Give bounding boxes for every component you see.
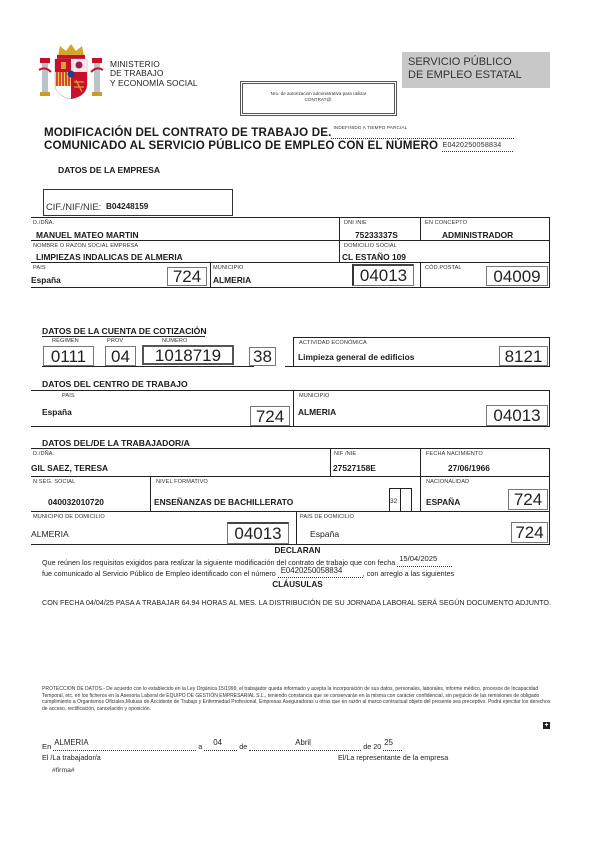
- home-municipality-value: ALMERIA: [31, 529, 69, 539]
- centro-country-code-box: 724: [250, 406, 290, 426]
- education-value: ENSEÑANZAS DE BACHILLERATO: [154, 497, 293, 507]
- numero-box: 1018719: [142, 345, 234, 365]
- education-label: NIVEL FORMATIVO: [156, 479, 208, 485]
- declaran-line-1: Que reúnen los requisitos exigidos para …: [42, 558, 452, 567]
- centro-municipality-code-box: 04013: [486, 405, 548, 426]
- prov-box: 04: [105, 346, 136, 366]
- cif-value: B04248159: [106, 202, 148, 211]
- company-signature-label: El/La representante de la empresa: [338, 753, 448, 762]
- nationality-label: NACIONALIDAD: [426, 479, 469, 485]
- regimen-label: RÉGIMEN: [52, 338, 79, 344]
- education-code-box-2: [401, 488, 412, 511]
- worker-name-label: D./DÑA.: [33, 451, 54, 457]
- declaran-text-3: , con arreglo a las siguientes: [363, 569, 455, 578]
- nationality-code-box: 724: [508, 489, 548, 510]
- worker-nif-label: NIF /NIE: [334, 451, 356, 457]
- birth-date-value: 27/06/1966: [448, 463, 490, 473]
- de-label: de: [239, 742, 247, 751]
- home-municipality-code-box: 04013: [227, 522, 289, 544]
- day-value: 04: [213, 738, 222, 747]
- worker-name-value: GIL SAEZ, TERESA: [31, 463, 108, 473]
- country-value: España: [31, 275, 61, 285]
- contract-type-value: INDEFINIDO A TIEMPO PARCIAL: [333, 125, 407, 130]
- authorization-box: Nro. de autorizacion administrativa para…: [240, 81, 397, 116]
- authorization-line-2: CONTRAT@:: [243, 97, 394, 103]
- declaran-date-field: 15/04/2025: [397, 559, 452, 567]
- home-country-label: PAIS DE DOMICILIO: [300, 514, 354, 520]
- section-cotizacion-title: DATOS DE LA CUENTA DE COTIZACIÓN: [42, 326, 207, 336]
- address-label: DOMICILIO SOCIAL: [344, 243, 397, 249]
- place-value: ALMERIA: [54, 738, 88, 747]
- home-municipality-code-value: 04013: [234, 525, 281, 542]
- year-prefix: de 20: [363, 742, 381, 751]
- section-empresa-title: DATOS DE LA EMPRESA: [58, 165, 160, 175]
- country-code-value: 724: [173, 268, 201, 285]
- postal-label: CÓD.POSTAL: [425, 265, 462, 271]
- municipality-value: ALMERIA: [213, 275, 251, 285]
- declaran-number-value: E0420250058834: [281, 566, 343, 575]
- centro-country-label: PAIS: [62, 393, 75, 399]
- company-name-label: NOMBRE O RAZON SOCIAL EMPRESA: [33, 243, 138, 249]
- section-centro-title: DATOS DEL CENTRO DE TRABAJO: [42, 379, 188, 389]
- dc-box: 38: [249, 347, 276, 366]
- numero-label: NUMERO: [162, 338, 187, 344]
- education-code-box: 32: [389, 488, 401, 511]
- declaran-text-2: fue comunicado al Servicio Público de Em…: [42, 569, 276, 578]
- municipality-code-value: 04013: [360, 267, 407, 284]
- activity-label: ACTIVIDAD ECONÓMICA: [299, 340, 367, 346]
- centro-municipality-value: ALMERIA: [298, 407, 336, 417]
- activity-code-box: 8121: [499, 346, 548, 366]
- postal-code-box: 04009: [486, 266, 548, 286]
- signature-place-date: En ALMERIA a 04 de Abril de 20 25: [42, 742, 402, 751]
- municipality-label: MUNICIPIO: [213, 265, 243, 271]
- ss-number-value: 040032010720: [48, 497, 104, 507]
- birth-date-label: FECHA NACIMIENTO: [426, 451, 483, 457]
- place-field: ALMERIA: [53, 743, 196, 751]
- plus-icon[interactable]: +: [543, 722, 550, 729]
- cif-field: CIF./NIF/NIE: B04248159: [43, 189, 233, 216]
- activity-value: Limpieza general de edificios: [298, 352, 414, 362]
- agency-badge: SERVICIO PÚBLICO DE EMPLEO ESTATAL: [402, 52, 550, 88]
- coat-of-arms-icon: [38, 42, 104, 102]
- numero-value: 1018719: [155, 347, 221, 364]
- ss-number-label: N SEG. SOCIAL: [33, 479, 75, 485]
- centro-municipality-code-value: 04013: [493, 407, 540, 424]
- title-line-1: MODIFICACIÓN DEL CONTRATO DE TRABAJO DE.: [44, 126, 331, 139]
- representative-value: MANUEL MATEO MARTIN: [36, 230, 139, 240]
- home-country-value: España: [310, 529, 339, 539]
- municipality-code-box: 04013: [352, 264, 414, 286]
- activity-code-value: 8121: [505, 348, 543, 365]
- concept-value: ADMINISTRADOR: [442, 230, 513, 240]
- regimen-box: 0111: [43, 346, 94, 366]
- title-line-2: COMUNICADO AL SERVICIO PÚBLICO DE EMPLEO…: [44, 139, 438, 152]
- ministry-name: MINISTERIO DE TRABAJO Y ECONOMÍA SOCIAL: [110, 60, 198, 88]
- nationality-code-value: 724: [514, 491, 542, 508]
- clausulas-title: CLÁUSULAS: [0, 580, 595, 589]
- year-value: 25: [384, 738, 393, 747]
- signature-placeholder: #firma#: [52, 767, 75, 774]
- section-trabajador-title: DATOS DEL/DE LA TRABAJADOR/A: [42, 438, 190, 448]
- page-title: MODIFICACIÓN DEL CONTRATO DE TRABAJO DE.…: [44, 126, 514, 139]
- worker-signature-label: El /La trabajador/a: [42, 753, 101, 762]
- prov-label: PROV: [107, 338, 123, 344]
- dni-label: DNI /NIE: [344, 220, 367, 226]
- dc-value: 38: [253, 348, 272, 365]
- centro-municipality-label: MUNICIPIO: [299, 393, 329, 399]
- home-country-code-box: 724: [511, 522, 548, 543]
- privacy-notice: PROTECCION DE DATOS.- De acuerdo con lo …: [42, 686, 557, 712]
- postal-code-value: 04009: [493, 268, 540, 285]
- declaran-title: DECLARAN: [0, 546, 595, 555]
- day-field: 04: [204, 743, 237, 751]
- dni-value: 75233337S: [355, 230, 398, 240]
- month-field: Abril: [249, 743, 361, 751]
- centro-country-code-value: 724: [256, 408, 284, 425]
- address-value: CL ESTAÑO 109: [342, 252, 406, 262]
- country-label: PAIS: [33, 265, 46, 271]
- concept-label: EN CONCEPTO: [425, 220, 467, 226]
- regimen-value: 0111: [51, 348, 86, 365]
- cif-label: CIF./NIF/NIE:: [46, 201, 101, 212]
- clausulas-text: CON FECHA 04/04/25 PASA A TRABAJAR 64.94…: [42, 598, 557, 607]
- year-field: 25: [383, 743, 402, 751]
- home-country-code-value: 724: [515, 524, 543, 541]
- company-name-value: LIMPIEZAS INDALICAS DE ALMERIA: [36, 252, 183, 262]
- page-subtitle: COMUNICADO AL SERVICIO PÚBLICO DE EMPLEO…: [44, 139, 513, 152]
- prov-value: 04: [111, 348, 130, 365]
- centro-country-value: España: [42, 407, 72, 417]
- agency-line-1: SERVICIO PÚBLICO: [408, 56, 550, 69]
- communication-number-value: E0420250058834: [443, 140, 502, 149]
- declaran-date-value: 15/04/2025: [399, 554, 437, 563]
- representative-label: D./DÑA.: [33, 220, 54, 226]
- declaran-number-field: E0420250058834: [278, 570, 363, 578]
- country-code-box: 724: [167, 267, 207, 286]
- worker-nif-value: 27527158E: [333, 463, 376, 473]
- nationality-value: ESPAÑA: [426, 497, 460, 507]
- a-label: a: [198, 742, 202, 751]
- communication-number-field: E0420250058834: [442, 141, 513, 152]
- agency-line-2: DE EMPLEO ESTATAL: [408, 69, 550, 82]
- contract-type-field: INDEFINIDO A TIEMPO PARCIAL: [331, 128, 514, 139]
- declaran-line-2: fue comunicado al Servicio Público de Em…: [42, 569, 454, 578]
- en-label: En: [42, 742, 51, 751]
- month-value: Abril: [295, 738, 311, 747]
- ministry-line-3: Y ECONOMÍA SOCIAL: [110, 79, 198, 88]
- home-municipality-label: MUNICIPIO DE DOMICILIO: [33, 514, 105, 520]
- education-code-value: 32: [390, 498, 397, 505]
